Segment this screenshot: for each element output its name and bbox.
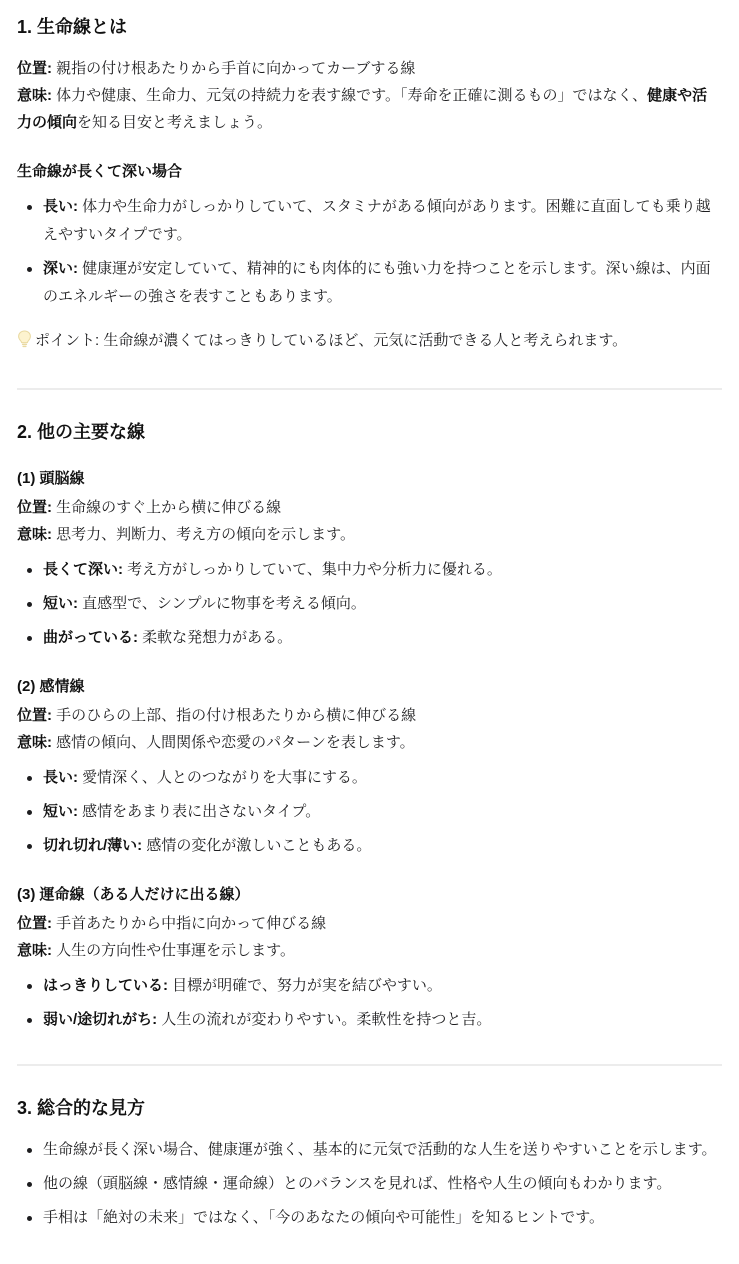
position-label: 位置: [17, 60, 52, 77]
bullet-label: 短い: [43, 803, 78, 820]
section-2-heading: 2. 他の主要な線 [17, 420, 722, 444]
point-text: ポイント: 生命線が濃くてはっきりしているほど、元気に活動できる人と考えられます… [35, 332, 627, 349]
bullet-label: 長い: [43, 769, 78, 786]
list-item: 長い: 体力や生命力がしっかりしていて、スタミナがある傾向があります。困難に直面… [26, 193, 722, 249]
bullet-label: 深い: [43, 260, 78, 277]
bullet-label: はっきりしている: [43, 977, 168, 994]
bullet-text: 愛情深く、人とのつながりを大事にする。 [78, 769, 367, 786]
list-item: 切れ切れ/薄い: 感情の変化が激しいこともある。 [26, 832, 722, 860]
meaning-text: 体力や健康、生命力、元気の持続力を表す線です。「寿命を正確に測るもの」ではなく、 [52, 87, 647, 104]
list-item: 長くて深い: 考え方がしっかりしていて、集中力や分析力に優れる。 [26, 556, 722, 584]
bullet-label: 切れ切れ/薄い: [43, 837, 142, 854]
position-text: 生命線のすぐ上から横に伸びる線 [52, 499, 281, 516]
list-item: 長い: 愛情深く、人とのつながりを大事にする。 [26, 764, 722, 792]
subsection-2-heading: (2) 感情線 [17, 674, 722, 700]
section-divider [17, 388, 722, 390]
bullet-text: 手相は「絶対の未来」ではなく、「今のあなたの傾向や可能性」を知るヒントです。 [43, 1209, 604, 1226]
subsection-3-bullet-list: はっきりしている: 目標が明確で、努力が実を結びやすい。 弱い/途切れがち: 人… [17, 972, 722, 1034]
meaning-text: 感情の傾向、人間関係や恋愛のパターンを表します。 [52, 734, 415, 751]
bullet-text: 他の線（頭脳線・感情線・運命線）とのバランスを見れば、性格や人生の傾向もわかりま… [43, 1175, 671, 1192]
bullet-label: 曲がっている: [43, 629, 138, 646]
point-callout: ポイント: 生命線が濃くてはっきりしているほど、元気に活動できる人と考えられます… [17, 327, 722, 358]
subsection-3-heading: (3) 運命線（ある人だけに出る線） [17, 882, 722, 908]
list-item: はっきりしている: 目標が明確で、努力が実を結びやすい。 [26, 972, 722, 1000]
bullet-text: 考え方がしっかりしていて、集中力や分析力に優れる。 [123, 561, 502, 578]
meaning-text: 思考力、判断力、考え方の傾向を示します。 [52, 526, 355, 543]
position-label: 位置: [17, 499, 52, 516]
list-item: 弱い/途切れがち: 人生の流れが変わりやすい。柔軟性を持つと吉。 [26, 1006, 722, 1034]
list-item: 短い: 直感型で、シンプルに物事を考える傾向。 [26, 590, 722, 618]
subsection-1-intro: 位置: 生命線のすぐ上から横に伸びる線 意味: 思考力、判断力、考え方の傾向を示… [17, 494, 722, 548]
subsection-1-heading: (1) 頭脳線 [17, 466, 722, 492]
meaning-label: 意味: [17, 87, 52, 104]
list-item: 深い: 健康運が安定していて、精神的にも肉体的にも強い力を持つことを示します。深… [26, 255, 722, 311]
bullet-text: 健康運が安定していて、精神的にも肉体的にも強い力を持つことを示します。深い線は、… [43, 260, 711, 305]
meaning-text: 人生の方向性や仕事運を示します。 [52, 942, 295, 959]
position-text: 親指の付け根あたりから手首に向かってカーブする線 [52, 60, 415, 77]
bullet-text: 体力や生命力がしっかりしていて、スタミナがある傾向があります。困難に直面しても乗… [43, 198, 711, 243]
meaning-label: 意味: [17, 734, 52, 751]
subsection-2-bullet-list: 長い: 愛情深く、人とのつながりを大事にする。 短い: 感情をあまり表に出さない… [17, 764, 722, 860]
section-divider [17, 1064, 722, 1066]
bullet-text: 生命線が長く深い場合、健康運が強く、基本的に元気で活動的な人生を送りやすいことを… [43, 1141, 717, 1158]
subsection-3-intro: 位置: 手首あたりから中指に向かって伸びる線 意味: 人生の方向性や仕事運を示し… [17, 910, 722, 964]
bullet-text: 直感型で、シンプルに物事を考える傾向。 [78, 595, 366, 612]
position-text: 手首あたりから中指に向かって伸びる線 [52, 915, 326, 932]
list-item: 曲がっている: 柔軟な発想力がある。 [26, 624, 722, 652]
position-label: 位置: [17, 915, 52, 932]
meaning-label: 意味: [17, 526, 52, 543]
bullet-label: 長い: [43, 198, 78, 215]
bullet-text: 感情の変化が激しいこともある。 [142, 837, 371, 854]
bullet-text: 感情をあまり表に出さないタイプ。 [78, 803, 320, 820]
subsection-2-intro: 位置: 手のひらの上部、指の付け根あたりから横に伸びる線 意味: 感情の傾向、人… [17, 702, 722, 756]
bullet-label: 弱い/途切れがち: [43, 1011, 157, 1028]
section-1-bullet-list: 長い: 体力や生命力がしっかりしていて、スタミナがある傾向があります。困難に直面… [17, 193, 722, 311]
bullet-label: 短い: [43, 595, 78, 612]
lightbulb-icon [17, 330, 32, 358]
section-3-bullet-list: 生命線が長く深い場合、健康運が強く、基本的に元気で活動的な人生を送りやすいことを… [17, 1136, 722, 1232]
bullet-label: 長くて深い: [43, 561, 123, 578]
bullet-text: 目標が明確で、努力が実を結びやすい。 [168, 977, 442, 994]
list-item: 他の線（頭脳線・感情線・運命線）とのバランスを見れば、性格や人生の傾向もわかりま… [26, 1170, 722, 1198]
section-1-subheading: 生命線が長くて深い場合 [17, 158, 722, 185]
document: 1. 生命線とは 位置: 親指の付け根あたりから手首に向かってカーブする線 意味… [0, 0, 739, 1264]
list-item: 手相は「絶対の未来」ではなく、「今のあなたの傾向や可能性」を知るヒントです。 [26, 1204, 722, 1232]
section-1-heading: 1. 生命線とは [17, 15, 722, 39]
list-item: 生命線が長く深い場合、健康運が強く、基本的に元気で活動的な人生を送りやすいことを… [26, 1136, 722, 1164]
position-text: 手のひらの上部、指の付け根あたりから横に伸びる線 [52, 707, 416, 724]
meaning-text-tail: を知る目安と考えましょう。 [77, 114, 272, 131]
section-3-heading: 3. 総合的な見方 [17, 1096, 722, 1120]
bullet-text: 柔軟な発想力がある。 [138, 629, 292, 646]
bullet-text: 人生の流れが変わりやすい。柔軟性を持つと吉。 [157, 1011, 491, 1028]
meaning-label: 意味: [17, 942, 52, 959]
position-label: 位置: [17, 707, 52, 724]
list-item: 短い: 感情をあまり表に出さないタイプ。 [26, 798, 722, 826]
subsection-1-bullet-list: 長くて深い: 考え方がしっかりしていて、集中力や分析力に優れる。 短い: 直感型… [17, 556, 722, 652]
section-1-intro: 位置: 親指の付け根あたりから手首に向かってカーブする線 意味: 体力や健康、生… [17, 55, 722, 136]
